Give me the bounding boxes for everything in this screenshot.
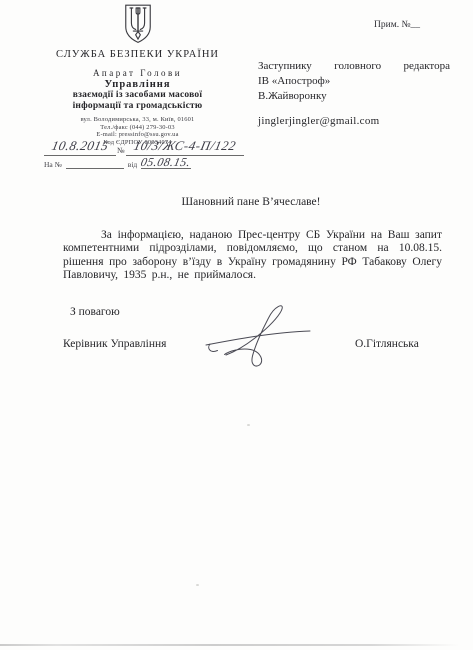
org-address: вул. Володимирська, 33, м. Київ, 01601 <box>30 116 245 124</box>
recipient-name: В.Жайворонку <box>258 90 450 103</box>
reply-date-blank: 05.08.15. <box>141 156 191 169</box>
reply-prefix: На № <box>44 160 62 169</box>
reply-number-blank <box>66 168 124 169</box>
org-name: СЛУЖБА БЕЗПЕКИ УКРАЇНИ <box>30 49 245 60</box>
scan-edge-artifact <box>0 644 473 646</box>
org-unit-line4: інформації та громадськістю <box>30 101 245 112</box>
salutation: Шановний пане В’ячеславе! <box>60 196 442 208</box>
reply-vid-label: від <box>128 160 137 169</box>
scan-speck <box>196 584 199 586</box>
outgoing-reference-line: 10.8.2015 № 10/3/ЖС-4-П/122 <box>44 137 249 156</box>
org-unit-line3: взаємодії із засобами масової <box>30 90 245 101</box>
recipient-organization: ІВ «Апостроф» <box>258 75 450 88</box>
recipient-title-line: Заступнику головного редактора <box>258 60 450 73</box>
outgoing-number-blank: 10/3/ЖС-4-П/122 <box>126 137 244 156</box>
reply-reference-line: На № від 05.08.15. <box>44 156 191 169</box>
org-unit-directorate: Управління <box>30 79 245 90</box>
recipient-title-word1: Заступнику <box>258 60 312 73</box>
number-sign: № <box>116 146 126 156</box>
scanned-letter-page: СЛУЖБА БЕЗПЕКИ УКРАЇНИ Апарат Голови Упр… <box>0 0 473 650</box>
recipient-title-word2: головного <box>334 60 381 73</box>
recipient-block: Заступнику головного редактора ІВ «Апост… <box>258 60 450 128</box>
signer-name: О.Гітлянська <box>355 338 419 350</box>
letter-body-paragraph: За інформацією, наданою Прес-центру СБ У… <box>63 229 442 283</box>
tryzub-shield-icon <box>122 3 154 45</box>
outgoing-date-handwritten: 10.8.2015 <box>50 139 109 152</box>
handwritten-signature <box>202 300 314 368</box>
outgoing-date-blank: 10.8.2015 <box>44 137 116 156</box>
org-phone: Тел./факс (044) 279-30-03 <box>30 124 245 132</box>
signer-position: Керівник Управління <box>63 338 166 350</box>
recipient-email: jinglerjingler@gmail.com <box>258 115 450 128</box>
outgoing-number-handwritten: 10/3/ЖС-4-П/122 <box>132 139 237 152</box>
reply-date-handwritten: 05.08.15. <box>140 156 192 168</box>
letterhead: СЛУЖБА БЕЗПЕКИ УКРАЇНИ Апарат Голови Упр… <box>30 0 245 146</box>
closing-regards: З повагою <box>70 306 120 318</box>
org-unit-apparatus: Апарат Голови <box>30 68 245 78</box>
scan-speck <box>247 424 250 426</box>
copy-number-label: Прим. №__ <box>374 20 420 30</box>
recipient-title-word3: редактора <box>404 60 450 73</box>
